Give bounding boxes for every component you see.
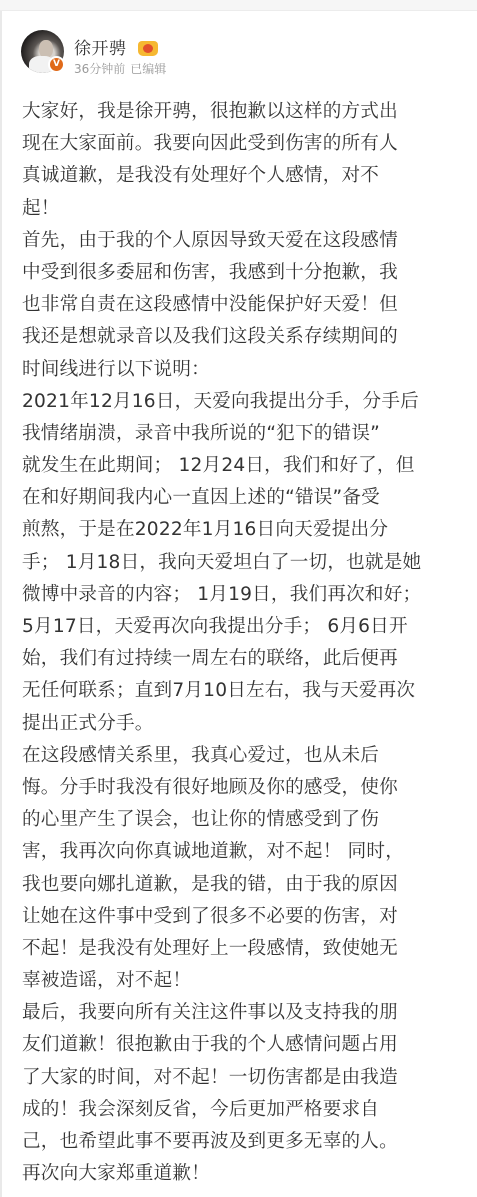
post-text-line: 己，也希望此事不要再波及到更多无辜的人。: [22, 1126, 462, 1158]
post-text-line: 的心里产生了误会，也让你的情感受到了伤: [22, 804, 462, 836]
post-text-line: 再次向大家郑重道歉！: [22, 1158, 462, 1190]
left-edge-divider: [0, 11, 2, 1197]
post-text-line: 2021年12月16日，天爱向我提出分手，分手后: [22, 386, 462, 418]
post-text-line: 让她在这件事中受到了很多不必要的伤害，对: [22, 901, 462, 933]
post-text-line: 在和好期间我内心一直因上述的“错误”备受: [22, 482, 462, 514]
post-time: 36分钟前: [74, 62, 125, 76]
post-text-line: 我还是想就录音以及我们这段关系存续期间的: [22, 321, 462, 353]
post-meta: 36分钟前已编辑: [74, 60, 166, 77]
post-text-line: 首先，由于我的个人原因导致天爱在这段感情: [22, 225, 462, 257]
author-row: 徐开骋: [74, 34, 158, 59]
post-header: V 徐开骋 36分钟前已编辑: [21, 30, 461, 80]
post-body: 大家好，我是徐开骋，很抱歉以这样的方式出现在大家面前。我要向因此受到伤害的所有人…: [22, 96, 462, 1190]
post-text-line: 煎熬，于是在2022年1月16日向天爱提出分: [22, 514, 462, 546]
author-name[interactable]: 徐开骋: [74, 34, 127, 59]
post-text-line: 了大家的时间，对不起！一切伤害都是由我造: [22, 1062, 462, 1094]
post-text-line: 我也要向娜扎道歉，是我的错，由于我的原因: [22, 869, 462, 901]
verified-badge-icon: V: [48, 56, 65, 73]
post-text-line: 辜被造谣，对不起！: [22, 965, 462, 997]
post-text-line: 害，我再次向你真诚地道歉，对不起！ 同时，: [22, 836, 462, 868]
post-text-line: 最后，我要向所有关注这件事以及支持我的朋: [22, 997, 462, 1029]
post-text-line: 5月17日，天爱再次向我提出分手； 6月6日开: [22, 611, 462, 643]
post-text-line: 在这段感情关系里，我真心爱过，也从未后: [22, 740, 462, 772]
post-text-line: 我情绪崩溃，录音中我所说的“犯下的错误”: [22, 418, 462, 450]
post-text-line: 始，我们有过持续一周左右的联络，此后便再: [22, 643, 462, 675]
post-text-line: 起！: [22, 193, 462, 225]
post-text-line: 现在大家面前。我要向因此受到伤害的所有人: [22, 128, 462, 160]
post-text-line: 微博中录音的内容； 1月19日，我们再次和好；: [22, 579, 462, 611]
edited-label[interactable]: 已编辑: [130, 62, 166, 76]
post-text-line: 不起！是我没有处理好上一段感情，致使她无: [22, 933, 462, 965]
post-text-line: 无任何联系；直到7月10日左右，我与天爱再次: [22, 675, 462, 707]
post-text-line: 手； 1月18日，我向天爱坦白了一切，也就是她: [22, 547, 462, 579]
top-bar: [0, 0, 477, 11]
post-text-line: 大家好，我是徐开骋，很抱歉以这样的方式出: [22, 96, 462, 128]
post-text-line: 中受到很多委屈和伤害，我感到十分抱歉，我: [22, 257, 462, 289]
crown-icon[interactable]: [138, 38, 158, 56]
post-text-line: 提出正式分手。: [22, 708, 462, 740]
crown-gem: [143, 44, 153, 53]
post-text-line: 真诚道歉，是我没有处理好个人感情，对不: [22, 160, 462, 192]
post-text-line: 就发生在此期间； 12月24日，我们和好了，但: [22, 450, 462, 482]
post-text-line: 悔。分手时我没有很好地顾及你的感受，使你: [22, 772, 462, 804]
post-text-line: 也非常自责在这段感情中没能保护好天爱！但: [22, 289, 462, 321]
post-text-line: 成的！我会深刻反省，今后更加严格要求自: [22, 1094, 462, 1126]
post-text-line: 友们道歉！很抱歉由于我的个人感情问题占用: [22, 1029, 462, 1061]
post-text-line: 时间线进行以下说明：: [22, 354, 462, 386]
